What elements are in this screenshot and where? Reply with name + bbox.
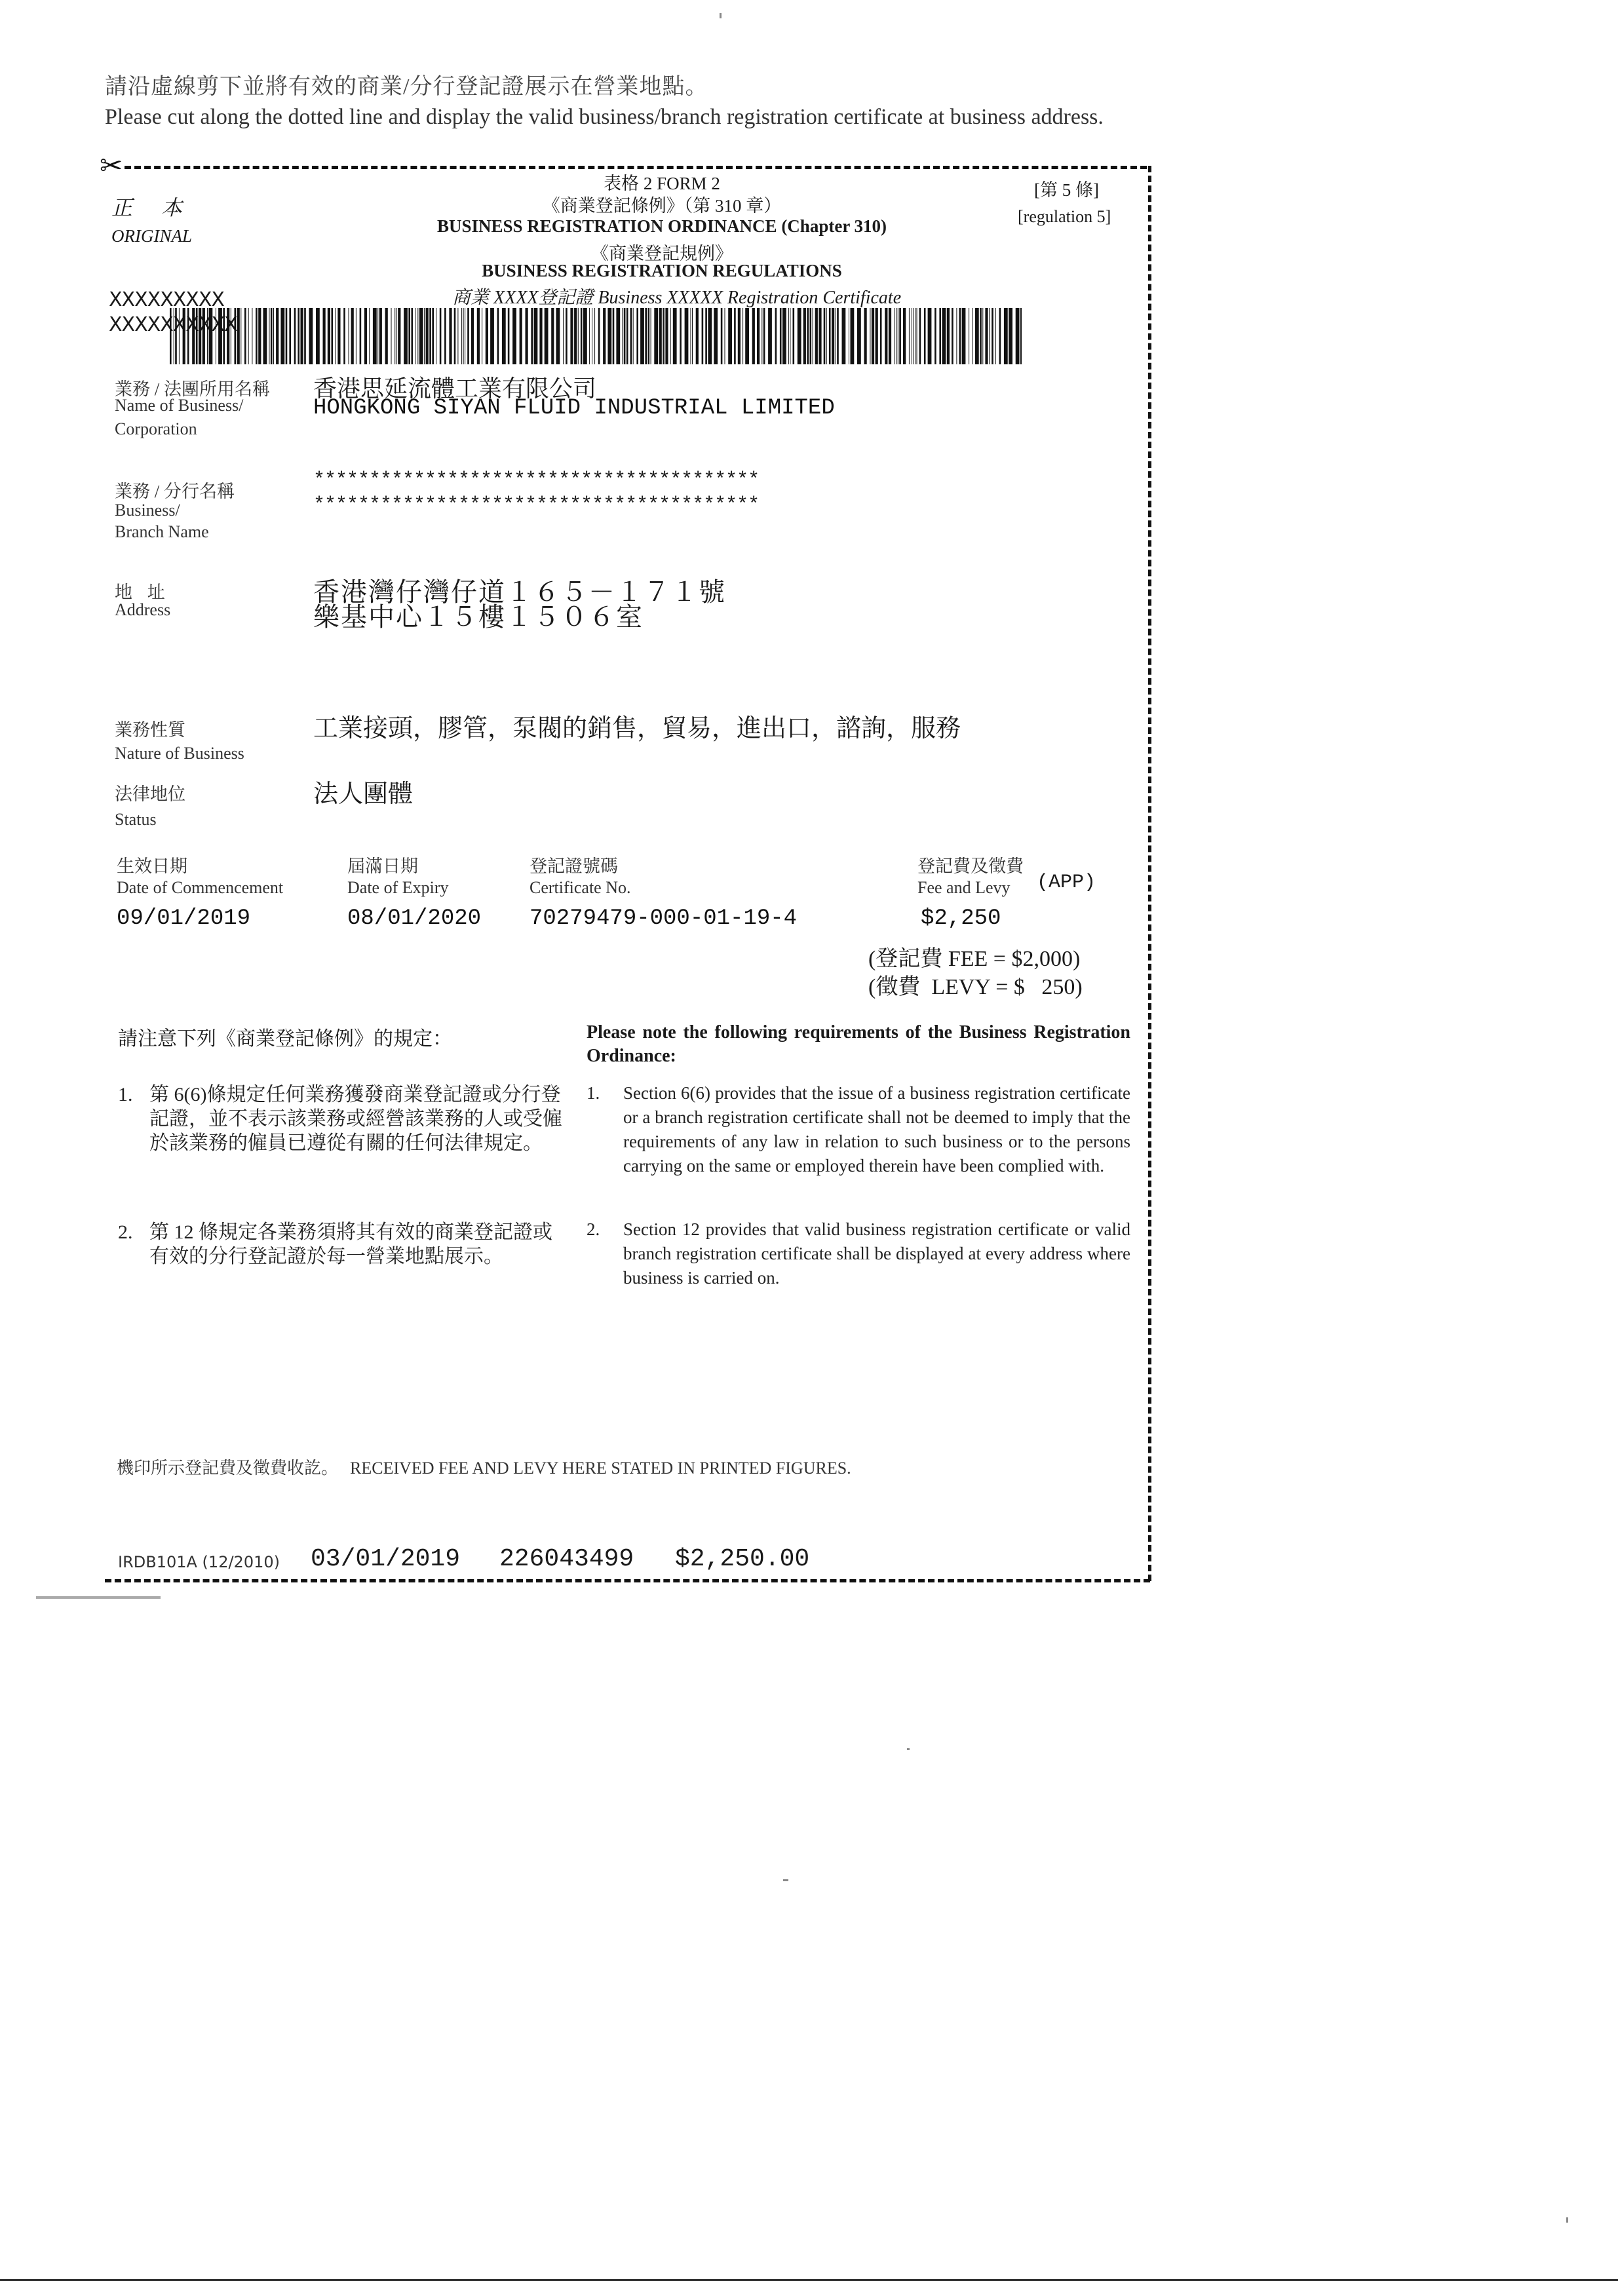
scan-speck (783, 1879, 788, 1881)
fee-breakdown-levy: (徵費 LEVY = $ 250) (868, 968, 1083, 1001)
scan-speck (1566, 2217, 1568, 2223)
fee-amount: $2,250 (921, 906, 1001, 931)
fee-label-zh: 登記費及徵費 (917, 852, 1024, 877)
address-line-2: 樂基中心１５樓１５０６室 (313, 596, 644, 634)
branch-name-label-zh: 業務 / 分行名稱 (115, 477, 235, 503)
scan-smudge (36, 1596, 161, 1599)
scan-speck (907, 1748, 910, 1750)
note-number: 2. (587, 1217, 600, 1242)
fee-app-tag: (APP) (1037, 871, 1096, 894)
branch-name-label-en-2: Branch Name (115, 522, 209, 542)
commencement-label-en: Date of Commencement (117, 878, 283, 898)
note-text: 第 6(6)條規定任何業務獲發商業登記證或分行登記證，並不表示該業務或經營該業務… (149, 1082, 570, 1155)
regulation-reference-zh: [第 5 條] (1034, 176, 1099, 201)
nature-label-zh: 業務性質 (115, 716, 185, 741)
fee-label-en: Fee and Levy (917, 878, 1011, 898)
receipt-amount: $2,250.00 (675, 1545, 809, 1573)
expiry-date: 08/01/2020 (347, 906, 481, 931)
expiry-label-zh: 屆滿日期 (347, 852, 418, 877)
certificate-number: 70279479-000-01-19-4 (530, 906, 797, 931)
note-zh-2: 2. 第 12 條規定各業務須將其有效的商業登記證或有效的分行登記證於每一營業地… (118, 1220, 570, 1269)
form-code: IRDB101A (12/2010) (118, 1553, 280, 1571)
note-number: 1. (118, 1082, 133, 1107)
business-name-en: HONGKONG SIYAN FLUID INDUSTRIAL LIMITED (313, 396, 835, 421)
cut-instruction-zh: 請沿虛線剪下並將有效的商業/分行登記證展示在營業地點。 (105, 68, 708, 100)
notes-heading-zh: 請注意下列《商業登記條例》的規定： (118, 1022, 452, 1051)
scan-speck (720, 13, 722, 18)
cut-line-bottom (105, 1579, 1150, 1582)
barcode-graphic (170, 308, 1022, 364)
receipt-statement-en: RECEIVED FEE AND LEVY HERE STATED IN PRI… (350, 1459, 851, 1478)
status-label-en: Status (115, 810, 157, 830)
nature-label-en: Nature of Business (115, 744, 244, 763)
receipt-statement-zh: 機印所示登記費及徵費收訖。 (117, 1459, 338, 1478)
ordinance-title-zh: 《商業登記條例》（第 310 章） (393, 191, 931, 217)
receipt-number: 226043499 (499, 1545, 634, 1573)
original-label-en: ORIGINAL (111, 226, 192, 246)
note-text: Section 6(6) provides that the issue of … (623, 1081, 1130, 1178)
certificate-no-label-zh: 登記證號碼 (530, 852, 618, 877)
regulation-reference-en: [regulation 5] (1018, 207, 1111, 227)
original-label-zh: 正 本 (111, 191, 194, 221)
certificate-no-label-en: Certificate No. (530, 878, 631, 898)
scissors-icon: ✂ (100, 149, 123, 182)
cut-line-right (1148, 166, 1151, 1581)
note-en-2: 2. Section 12 provides that valid busine… (587, 1217, 1130, 1290)
legal-status: 法人團體 (313, 773, 413, 809)
note-number: 1. (587, 1081, 600, 1105)
note-text: 第 12 條規定各業務須將其有效的商業登記證或有效的分行登記證於每一營業地點展示… (149, 1220, 570, 1269)
note-number: 2. (118, 1220, 133, 1244)
certificate-title: 商業 XXXX登記證 Business XXXXX Registration C… (452, 283, 901, 309)
note-text: Section 12 provides that valid business … (623, 1217, 1130, 1290)
note-zh-1: 1. 第 6(6)條規定任何業務獲發商業登記證或分行登記證，並不表示該業務或經營… (118, 1082, 570, 1155)
branch-name-value-2: **************************************** (313, 494, 759, 516)
business-name-label-en: Name of Business/ (115, 396, 243, 415)
notes-heading-en: Please note the following requirements o… (587, 1021, 1130, 1068)
regulations-title-en: BUSINESS REGISTRATION REGULATIONS (393, 261, 931, 281)
branch-name-value-1: **************************************** (313, 469, 759, 491)
status-label-zh: 法律地位 (115, 780, 185, 805)
barcode (170, 308, 1022, 364)
nature-of-business: 工業接頭，膠管，泵閥的銷售，貿易，進出口，諮詢，服務 (313, 708, 961, 744)
commencement-label-zh: 生效日期 (117, 852, 187, 877)
scan-edge-line (0, 2279, 1618, 2281)
cut-instruction-en: Please cut along the dotted line and dis… (105, 105, 1104, 130)
address-label-en: Address (115, 600, 170, 620)
expiry-label-en: Date of Expiry (347, 878, 449, 898)
receipt-statement: 機印所示登記費及徵費收訖。RECEIVED FEE AND LEVY HERE … (117, 1455, 851, 1479)
note-en-1: 1. Section 6(6) provides that the issue … (587, 1081, 1130, 1178)
branch-name-label-en: Business/ (115, 501, 180, 520)
fee-breakdown-fee: (登記費 FEE = $2,000) (868, 940, 1080, 972)
receipt-date: 03/01/2019 (311, 1545, 460, 1573)
commencement-date: 09/01/2019 (117, 906, 250, 931)
business-name-label-en-2: Corporation (115, 419, 197, 439)
ordinance-title-en: BUSINESS REGISTRATION ORDINANCE (Chapter… (393, 216, 931, 237)
